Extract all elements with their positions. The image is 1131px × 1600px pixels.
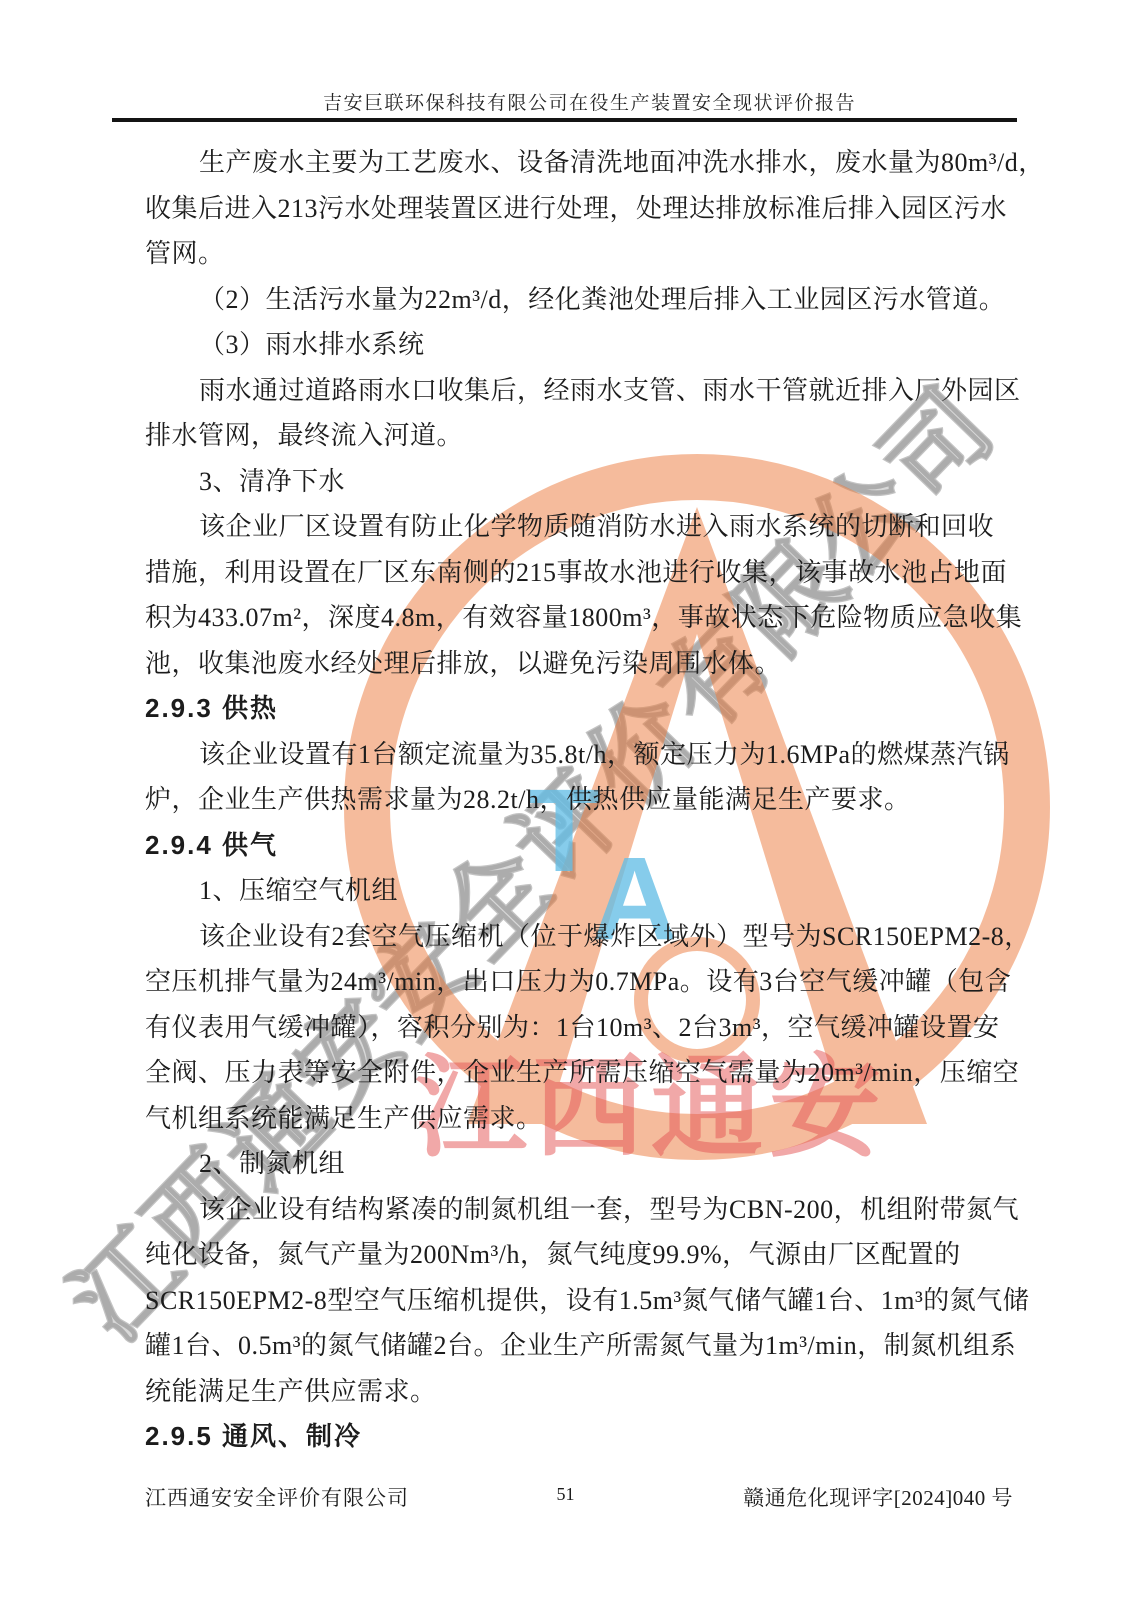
- section-heading: 2.9.5 通风、制冷: [145, 1414, 1017, 1460]
- body-text-line: 有仪表用气缓冲罐），容积分别为：1台10m³、2台3m³，空气缓冲罐设置安: [145, 1005, 1017, 1051]
- body-text-line: 该企业厂区设置有防止化学物质随消防水进入雨水系统的切断和回收: [145, 504, 1017, 550]
- section-heading: 2.9.4 供气: [145, 823, 1017, 869]
- body-text-line: 罐1台、0.5m³的氮气储罐2台。企业生产所需氮气量为1m³/min，制氮机组系: [145, 1323, 1017, 1369]
- document-page: 江西通安安全评价有限公司 T A 江西通安 吉安巨联环保科技有限公司在役生产装置…: [0, 0, 1131, 1600]
- body-text-line: 管网。: [145, 231, 1017, 277]
- body-text-line: 排水管网，最终流入河道。: [145, 413, 1017, 459]
- body-text-line: 统能满足生产供应需求。: [145, 1369, 1017, 1415]
- body-text-line: 池，收集池废水经处理后排放，以避免污染周围水体。: [145, 641, 1017, 687]
- body-text-line: 纯化设备，氮气产量为200Nm³/h，氮气纯度99.9%，气源由厂区配置的: [145, 1232, 1017, 1278]
- page-header-title: 吉安巨联环保科技有限公司在役生产装置安全现状评价报告: [0, 88, 1131, 115]
- document-body: 生产废水主要为工艺废水、设备清洗地面冲洗水排水，废水量为80m³/d，收集后进入…: [145, 140, 1017, 1460]
- body-text-line: 生产废水主要为工艺废水、设备清洗地面冲洗水排水，废水量为80m³/d，: [145, 140, 1017, 186]
- body-text-line: 该企业设有结构紧凑的制氮机组一套，型号为CBN-200，机组附带氮气: [145, 1187, 1017, 1233]
- body-text-line: 炉，企业生产供热需求量为28.2t/h，供热供应量能满足生产要求。: [145, 777, 1017, 823]
- body-text-line: 该企业设置有1台额定流量为35.8t/h，额定压力为1.6MPa的燃煤蒸汽锅: [145, 732, 1017, 778]
- body-text-line: SCR150EPM2-8型空气压缩机提供，设有1.5m³氮气储气罐1台、1m³的…: [145, 1278, 1017, 1324]
- body-text-line: 全阀、压力表等安全附件，企业生产所需压缩空气需量为20m³/min，压缩空: [145, 1050, 1017, 1096]
- body-text-line: 雨水通过道路雨水口收集后，经雨水支管、雨水干管就近排入厂外园区: [145, 368, 1017, 414]
- footer-doc-number: 赣通危化现评字[2024]040 号: [743, 1482, 1013, 1512]
- body-text-line: （2）生活污水量为22m³/d，经化粪池处理后排入工业园区污水管道。: [145, 277, 1017, 323]
- header-rule: [112, 118, 1017, 122]
- section-heading: 2.9.3 供热: [145, 686, 1017, 732]
- body-text-line: 收集后进入213污水处理装置区进行处理，处理达排放标准后排入园区污水: [145, 186, 1017, 232]
- body-text-line: 3、清净下水: [145, 459, 1017, 505]
- body-text-line: 空压机排气量为24m³/min，出口压力为0.7MPa。设有3台空气缓冲罐（包含: [145, 959, 1017, 1005]
- body-text-line: 2、制氮机组: [145, 1141, 1017, 1187]
- body-text-line: 1、压缩空气机组: [145, 868, 1017, 914]
- page-footer: 江西通安安全评价有限公司 51 赣通危化现评字[2024]040 号: [0, 1482, 1131, 1512]
- body-text-line: 气机组系统能满足生产供应需求。: [145, 1096, 1017, 1142]
- body-text-line: 措施，利用设置在厂区东南侧的215事故水池进行收集，该事故水池占地面: [145, 550, 1017, 596]
- body-text-line: 该企业设有2套空气压缩机（位于爆炸区域外）型号为SCR150EPM2-8，: [145, 914, 1017, 960]
- body-text-line: 积为433.07m²，深度4.8m，有效容量1800m³，事故状态下危险物质应急…: [145, 595, 1017, 641]
- body-text-line: （3）雨水排水系统: [145, 322, 1017, 368]
